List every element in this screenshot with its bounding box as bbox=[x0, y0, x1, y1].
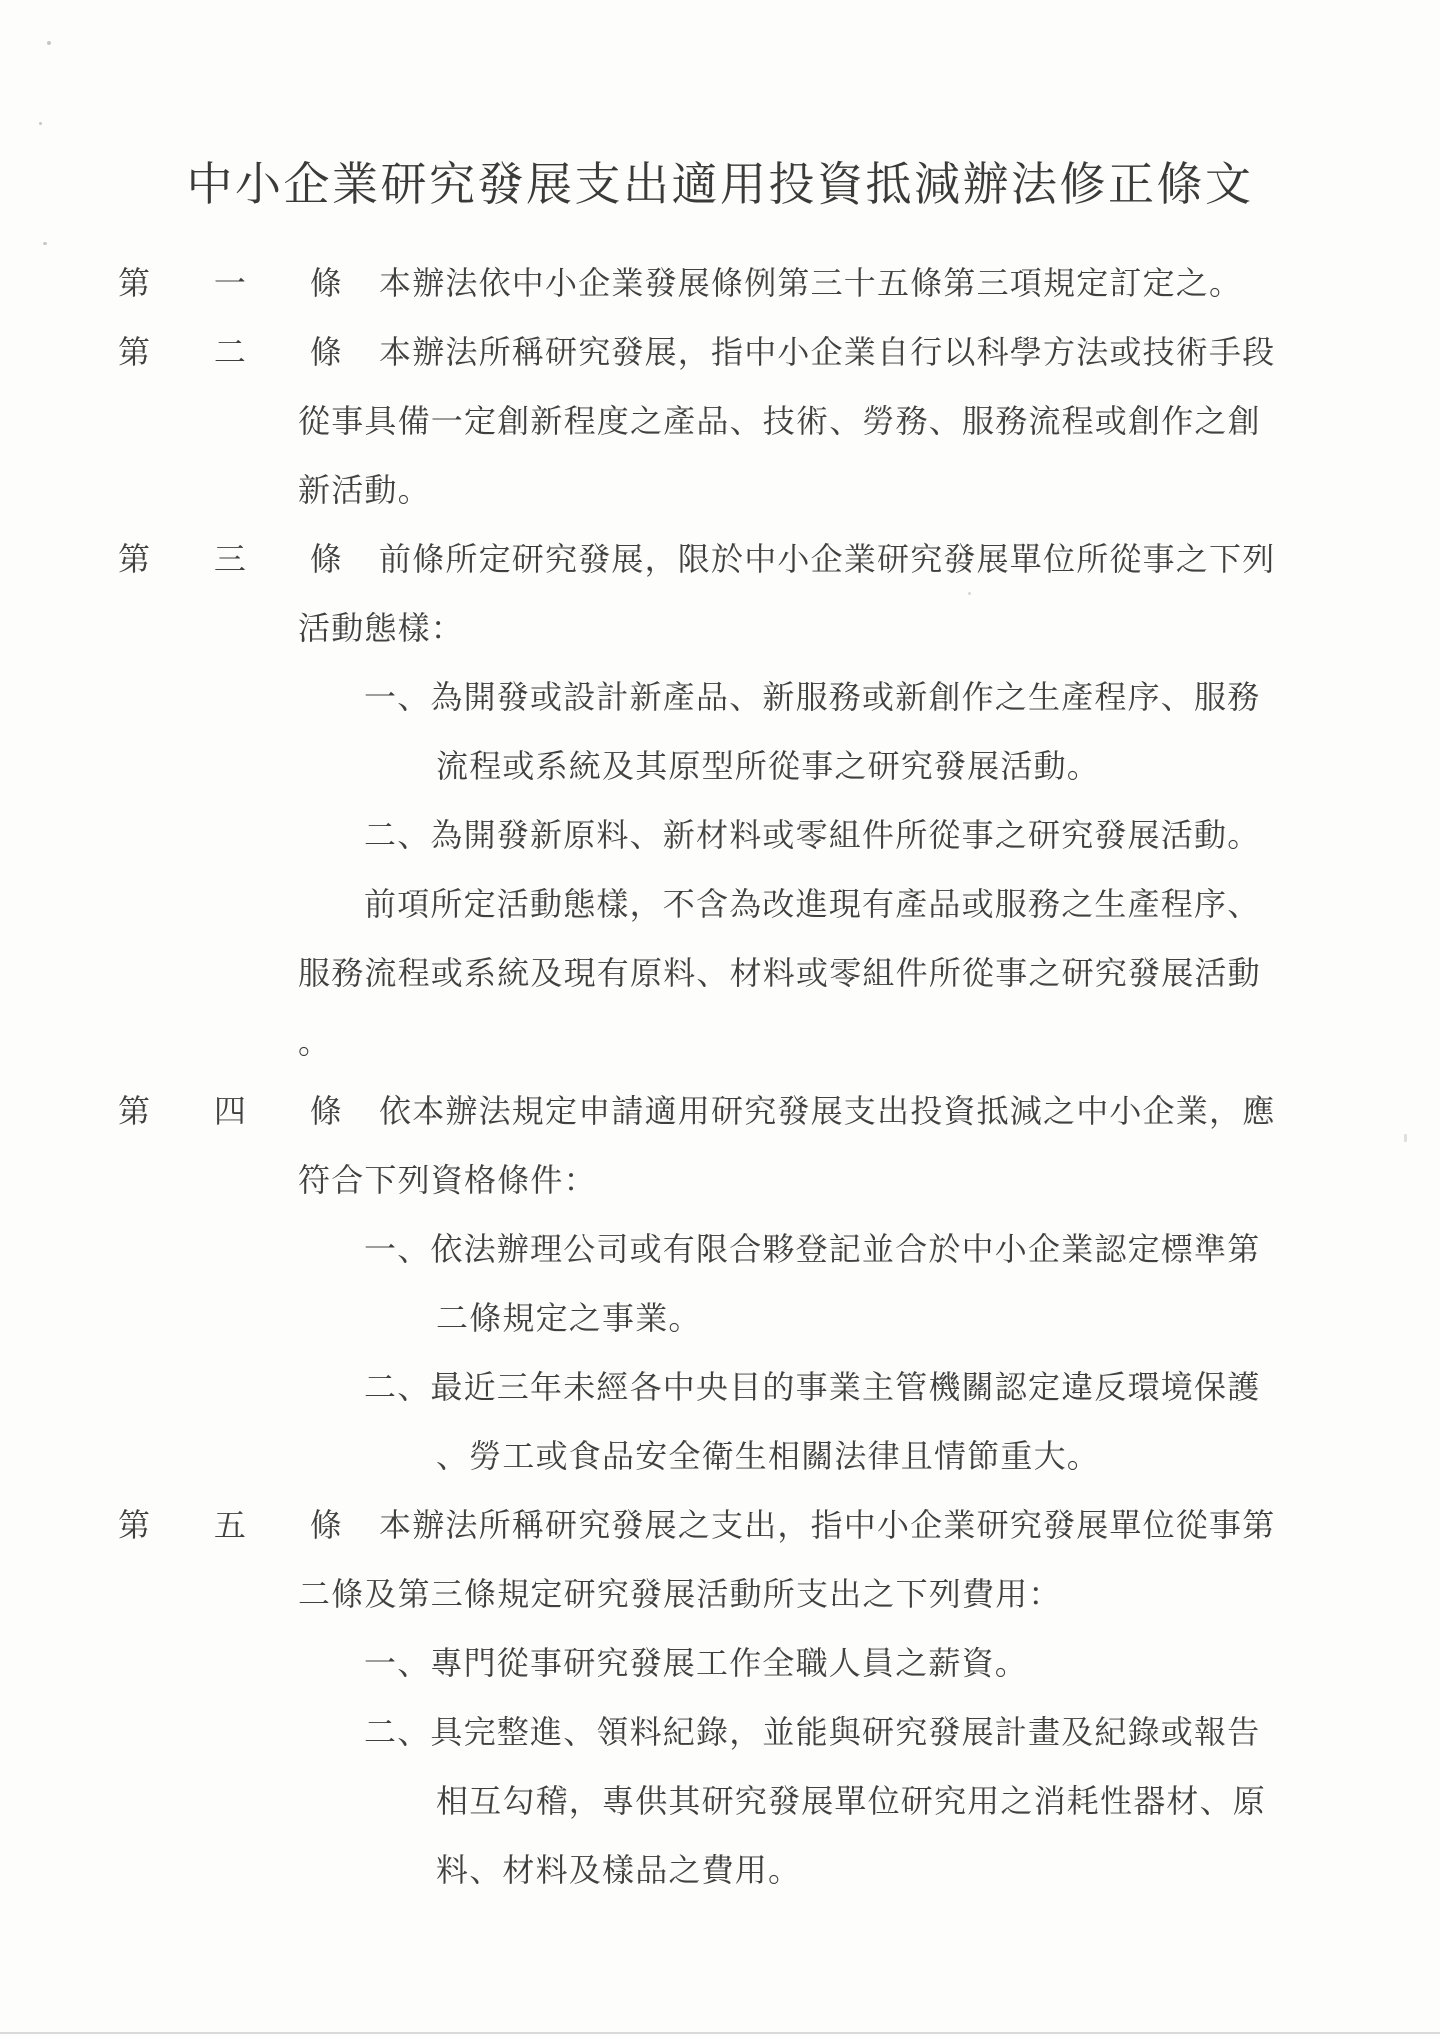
article-line: 第一條本辦法依中小企業發展條例第三十五條第三項規定訂定之。 bbox=[0, 246, 1440, 315]
text-line: 活動態樣： bbox=[0, 591, 1440, 660]
article-number-label: 第二條 bbox=[118, 327, 343, 373]
document-title: 中小企業研究發展支出適用投資抵減辦法修正條文 bbox=[0, 148, 1440, 214]
text-line: 服務流程或系統及現有原料、材料或零組件所從事之研究發展活動 bbox=[0, 936, 1440, 1005]
line-text: 二、為開發新原料、新材料或零組件所從事之研究發展活動。 bbox=[364, 810, 1260, 856]
article-label-char: 第 bbox=[118, 534, 151, 580]
article-label-char: 條 bbox=[310, 1086, 343, 1132]
article-line: 第三條前條所定研究發展，限於中小企業研究發展單位所從事之下列 bbox=[0, 522, 1440, 591]
article-label-char: 條 bbox=[310, 327, 343, 373]
article-label-char: 第 bbox=[118, 327, 151, 373]
line-text: 活動態樣： bbox=[298, 603, 464, 649]
article-number-label: 第五條 bbox=[118, 1500, 343, 1546]
article-label-char: 五 bbox=[214, 1500, 247, 1546]
line-text: 流程或系統及其原型所從事之研究發展活動。 bbox=[436, 741, 1100, 787]
scan-speck bbox=[39, 122, 42, 125]
text-line: 、勞工或食品安全衛生相關法律且情節重大。 bbox=[0, 1419, 1440, 1488]
line-text: 相互勾稽，專供其研究發展單位研究用之消耗性器材、原 bbox=[436, 1776, 1266, 1822]
text-line: 一、專門從事研究發展工作全職人員之薪資。 bbox=[0, 1626, 1440, 1695]
line-text: 料、材料及樣品之費用。 bbox=[436, 1845, 801, 1891]
line-text: 二條規定之事業。 bbox=[436, 1293, 702, 1339]
line-text: 服務流程或系統及現有原料、材料或零組件所從事之研究發展活動 bbox=[298, 948, 1261, 994]
line-text: 本辦法所稱研究發展之支出，指中小企業研究發展單位從事第 bbox=[379, 1500, 1275, 1546]
text-line: 一、為開發或設計新產品、新服務或新創作之生產程序、服務 bbox=[0, 660, 1440, 729]
article-label-char: 第 bbox=[118, 1086, 151, 1132]
scan-speck bbox=[43, 242, 47, 245]
line-text: 一、依法辦理公司或有限合夥登記並合於中小企業認定標準第 bbox=[364, 1224, 1260, 1270]
text-line: 相互勾稽，專供其研究發展單位研究用之消耗性器材、原 bbox=[0, 1764, 1440, 1833]
text-line: 流程或系統及其原型所從事之研究發展活動。 bbox=[0, 729, 1440, 798]
article-number-label: 第三條 bbox=[118, 534, 343, 580]
article-line: 第五條本辦法所稱研究發展之支出，指中小企業研究發展單位從事第 bbox=[0, 1488, 1440, 1557]
line-text: 本辦法所稱研究發展，指中小企業自行以科學方法或技術手段 bbox=[379, 327, 1275, 373]
line-text: 從事具備一定創新程度之產品、技術、勞務、服務流程或創作之創 bbox=[298, 396, 1261, 442]
text-line: 一、依法辦理公司或有限合夥登記並合於中小企業認定標準第 bbox=[0, 1212, 1440, 1281]
line-text: 二、最近三年未經各中央目的事業主管機關認定違反環境保護 bbox=[364, 1362, 1260, 1408]
article-label-char: 第 bbox=[118, 258, 151, 304]
text-line: 從事具備一定創新程度之產品、技術、勞務、服務流程或創作之創 bbox=[0, 384, 1440, 453]
line-text: 一、專門從事研究發展工作全職人員之薪資。 bbox=[364, 1638, 1028, 1684]
line-text: 二、具完整進、領料紀錄，並能與研究發展計畫及紀錄或報告 bbox=[364, 1707, 1260, 1753]
article-label-char: 二 bbox=[214, 327, 247, 373]
article-line: 第二條本辦法所稱研究發展，指中小企業自行以科學方法或技術手段 bbox=[0, 315, 1440, 384]
line-text: 、勞工或食品安全衛生相關法律且情節重大。 bbox=[436, 1431, 1100, 1477]
article-label-char: 條 bbox=[310, 534, 343, 580]
article-label-char: 四 bbox=[214, 1086, 247, 1132]
article-label-char: 第 bbox=[118, 1500, 151, 1546]
line-text: 二條及第三條規定研究發展活動所支出之下列費用： bbox=[298, 1569, 1062, 1615]
article-label-char: 條 bbox=[310, 1500, 343, 1546]
text-line: 二、最近三年未經各中央目的事業主管機關認定違反環境保護 bbox=[0, 1350, 1440, 1419]
article-number-label: 第一條 bbox=[118, 258, 343, 304]
text-line: 二條規定之事業。 bbox=[0, 1281, 1440, 1350]
scanned-document-page: 中小企業研究發展支出適用投資抵減辦法修正條文 第一條本辦法依中小企業發展條例第三… bbox=[0, 0, 1440, 2037]
text-line: 二、為開發新原料、新材料或零組件所從事之研究發展活動。 bbox=[0, 798, 1440, 867]
article-number-label: 第四條 bbox=[118, 1086, 343, 1132]
document-lines: 第一條本辦法依中小企業發展條例第三十五條第三項規定訂定之。第二條本辦法所稱研究發… bbox=[0, 246, 1440, 1902]
line-text: 本辦法依中小企業發展條例第三十五條第三項規定訂定之。 bbox=[379, 258, 1242, 304]
article-line: 第四條依本辦法規定申請適用研究發展支出投資抵減之中小企業，應 bbox=[0, 1074, 1440, 1143]
text-line: 二條及第三條規定研究發展活動所支出之下列費用： bbox=[0, 1557, 1440, 1626]
line-text: 。 bbox=[298, 1017, 331, 1063]
article-label-char: 三 bbox=[214, 534, 247, 580]
line-text: 符合下列資格條件： bbox=[298, 1155, 597, 1201]
line-text: 新活動。 bbox=[298, 465, 431, 511]
line-text: 依本辦法規定申請適用研究發展支出投資抵減之中小企業，應 bbox=[379, 1086, 1275, 1132]
scan-speck bbox=[47, 41, 51, 45]
text-line: 新活動。 bbox=[0, 453, 1440, 522]
text-line: 前項所定活動態樣，不含為改進現有產品或服務之生產程序、 bbox=[0, 867, 1440, 936]
article-label-char: 條 bbox=[310, 258, 343, 304]
text-line: 。 bbox=[0, 1005, 1440, 1074]
text-line: 料、材料及樣品之費用。 bbox=[0, 1833, 1440, 1902]
text-line: 二、具完整進、領料紀錄，並能與研究發展計畫及紀錄或報告 bbox=[0, 1695, 1440, 1764]
article-label-char: 一 bbox=[214, 258, 247, 304]
line-text: 一、為開發或設計新產品、新服務或新創作之生產程序、服務 bbox=[364, 672, 1260, 718]
scan-edge-shadow bbox=[0, 2032, 1440, 2034]
line-text: 前條所定研究發展，限於中小企業研究發展單位所從事之下列 bbox=[379, 534, 1275, 580]
line-text: 前項所定活動態樣，不含為改進現有產品或服務之生產程序、 bbox=[364, 879, 1260, 925]
text-line: 符合下列資格條件： bbox=[0, 1143, 1440, 1212]
